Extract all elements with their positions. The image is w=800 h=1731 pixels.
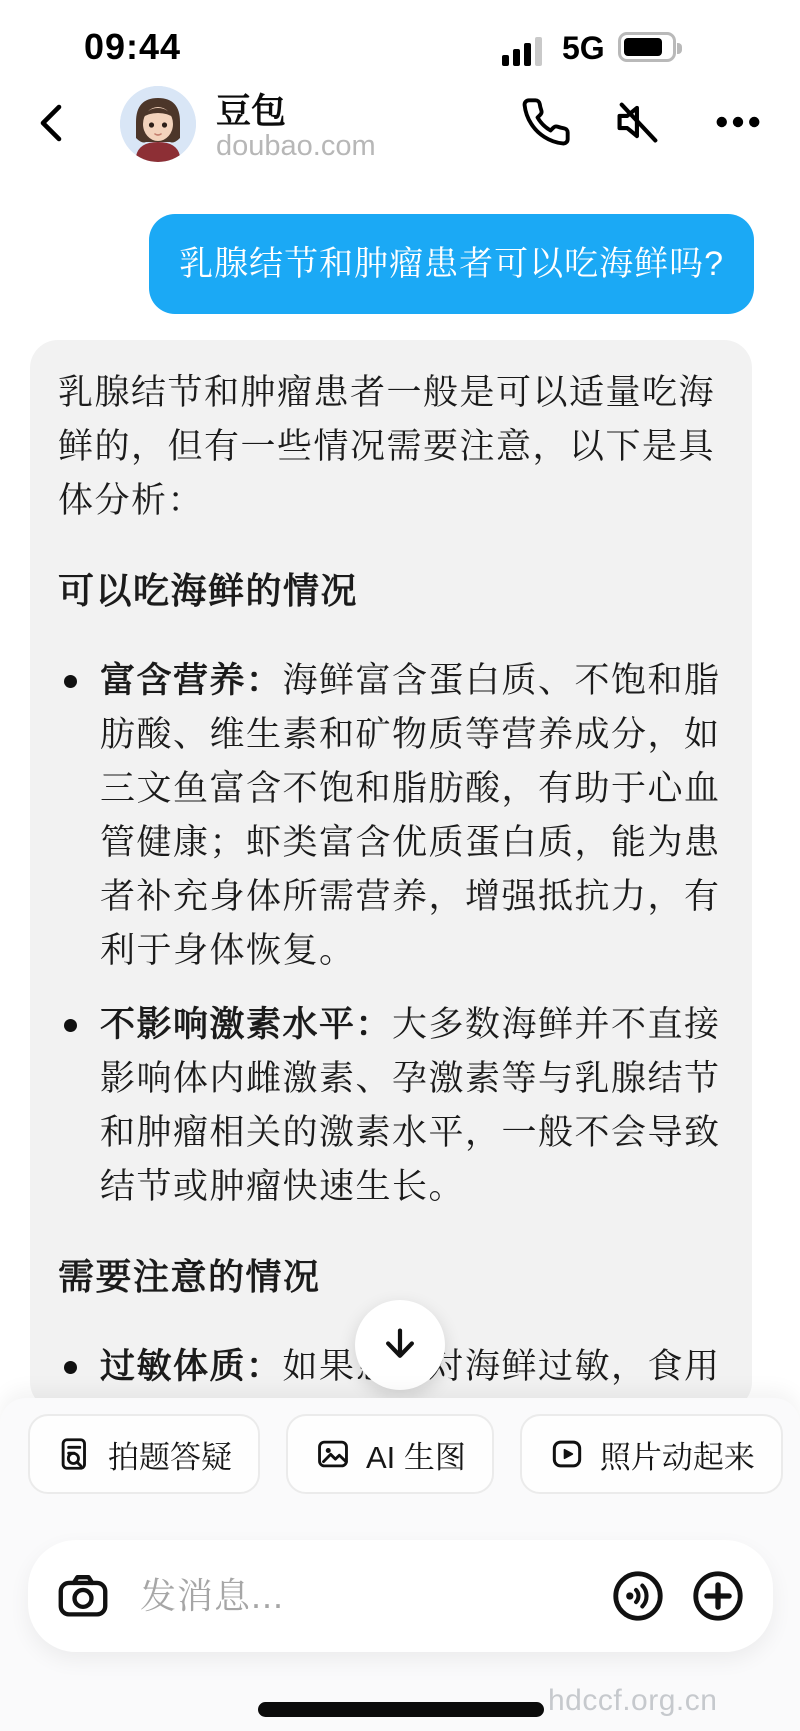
more-options-button[interactable] [712,102,764,154]
chip-label: 拍题答疑 [108,1432,232,1477]
status-bar: 09:44 5G [0,0,800,72]
chip-photo-answer[interactable]: 拍题答疑 [28,1414,260,1494]
bottom-panel: 拍题答疑 AI 生图 照片动起来 A [0,1398,800,1731]
avatar[interactable] [120,86,196,162]
doubao-chat-screen: 09:44 5G 豆包 doubao.com [0,0,800,1731]
battery-nub [677,43,682,54]
bullet-text: 如果患者对海鲜过敏，食用 [283,1347,721,1386]
contact-subtitle: doubao.com [216,130,376,163]
bullet-lead: 富含营养： [100,661,283,700]
chip-label: 照片动起来 [600,1432,755,1477]
plus-icon[interactable] [689,1567,747,1625]
assistant-intro: 乳腺结节和肿瘤患者一般是可以适量吃海鲜的，但有一些情况需要注意，以下是具体分析： [58,366,724,528]
network-type-label: 5G [562,30,605,67]
message-input-bar [28,1540,773,1652]
bullet-text: 海鲜富含蛋白质、不饱和脂肪酸、维生素和矿物质等营养成分，如三文鱼富含不饱和脂肪酸… [100,661,721,970]
chevron-left-icon [30,94,78,152]
message-input[interactable] [138,1574,609,1618]
assistant-message-bubble: 乳腺结节和肿瘤患者一般是可以适量吃海鲜的，但有一些情况需要注意，以下是具体分析：… [30,340,752,1410]
back-button[interactable] [30,94,78,152]
arrow-down-icon [377,1322,423,1368]
section-title-can-eat: 可以吃海鲜的情况 [58,564,724,618]
battery-fill [624,38,662,56]
doc-search-icon [56,1435,94,1473]
girl-avatar-icon [120,86,196,162]
battery-icon [618,32,676,62]
voice-wave-icon[interactable] [609,1567,667,1625]
home-indicator[interactable] [258,1702,544,1717]
section-title-caution: 需要注意的情况 [58,1250,724,1304]
video-play-icon [548,1435,586,1473]
mute-button[interactable] [612,96,664,148]
contact-name: 豆包 [216,84,286,134]
bullet-lead: 不影响激素水平： [100,1005,392,1044]
chip-ai-image[interactable]: AI 生图 [286,1414,494,1494]
call-button[interactable] [520,96,572,148]
chip-animate-photo[interactable]: 照片动起来 [520,1414,783,1494]
bullet-lead: 过敏体质： [100,1347,283,1386]
clock: 09:44 [84,26,181,68]
phone-icon [520,96,572,148]
camera-icon[interactable] [54,1567,112,1625]
speaker-muted-icon [612,96,664,148]
chip-label: AI 生图 [366,1432,466,1477]
user-message-text: 乳腺结节和肿瘤患者可以吃海鲜吗? [179,245,724,283]
chat-header: 豆包 doubao.com [0,80,800,166]
user-message-bubble: 乳腺结节和肿瘤患者可以吃海鲜吗? [149,214,754,314]
quick-action-chips: 拍题答疑 AI 生图 照片动起来 A [28,1414,800,1494]
signal-strength-icon [502,36,550,66]
watermark: hdccf.org.cn [548,1684,717,1718]
scroll-to-bottom-button[interactable] [355,1300,445,1390]
bullet-list-can-eat: 富含营养：海鲜富含蛋白质、不饱和脂肪酸、维生素和矿物质等营养成分，如三文鱼富含不… [58,654,724,1214]
list-item: 不影响激素水平：大多数海鲜并不直接影响体内雌激素、孕激素等与乳腺结节和肿瘤相关的… [58,998,724,1214]
list-item: 富含营养：海鲜富含蛋白质、不饱和脂肪酸、维生素和矿物质等营养成分，如三文鱼富含不… [58,654,724,978]
image-icon [314,1435,352,1473]
ellipsis-icon [712,102,764,142]
